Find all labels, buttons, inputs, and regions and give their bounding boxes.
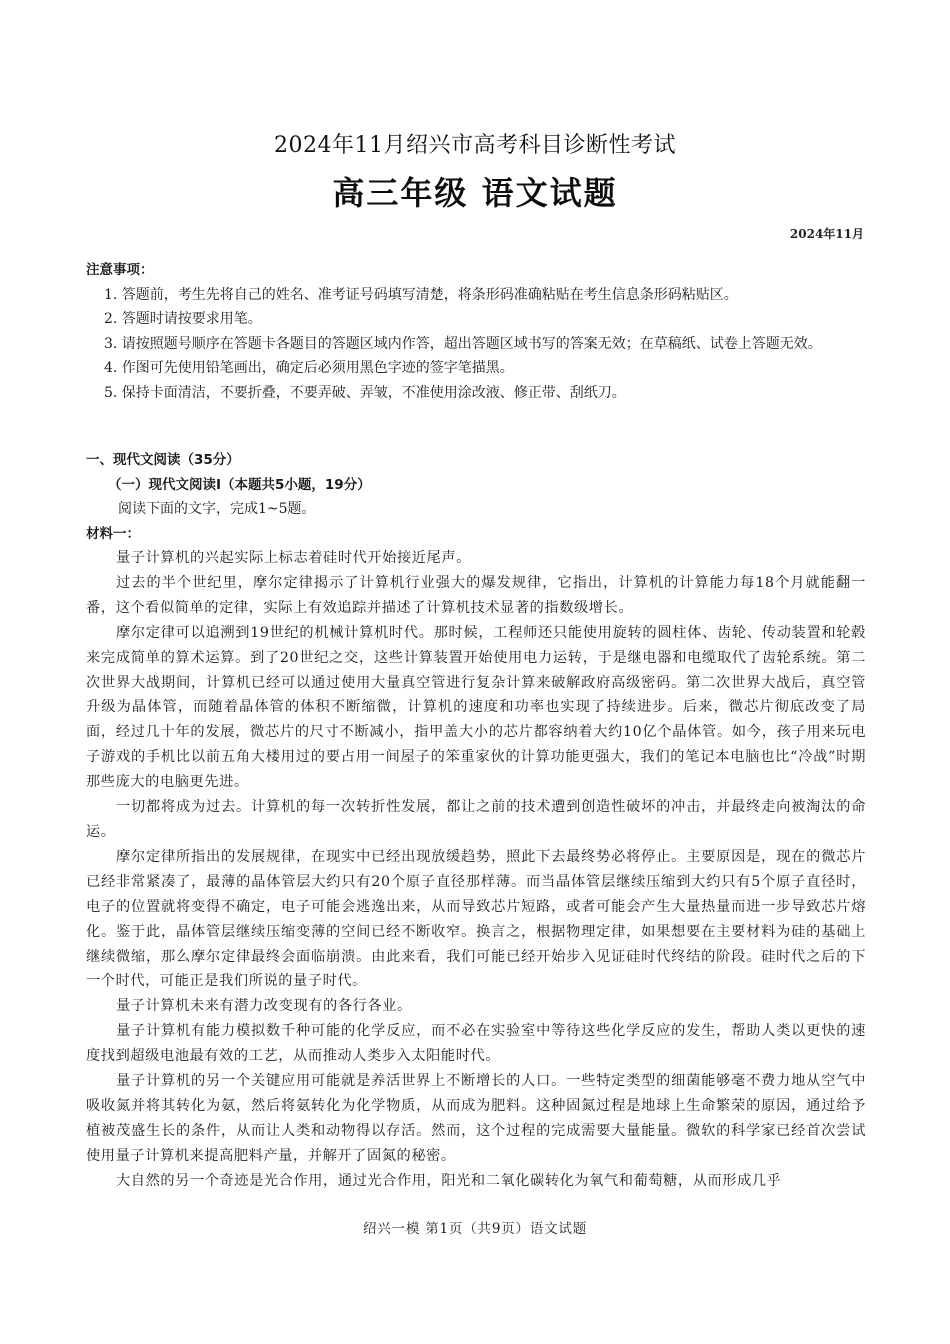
section-instruction: 阅读下面的文字，完成1~5题。 — [86, 497, 866, 522]
note-item: 1. 答题前，考生先将自己的姓名、准考证号码填写清楚，将条形码准确粘贴在考生信息… — [86, 283, 866, 308]
note-item: 5. 保持卡面清洁，不要折叠，不要弄破、弄皱，不准使用涂改液、修正带、刮纸刀。 — [86, 381, 866, 406]
passage-paragraph: 量子计算机的兴起实际上标志着硅时代开始接近尾声。 — [86, 546, 866, 571]
material-label: 材料一： — [86, 522, 866, 547]
note-item: 3. 请按照题号顺序在答题卡各题目的答题区域内作答，超出答题区域书写的答案无效；… — [86, 332, 866, 357]
note-item: 2. 答题时请按要求用笔。 — [86, 307, 866, 332]
section-subheading: （一）现代文阅读Ⅰ（本题共5小题，19分） — [86, 473, 866, 498]
passage-paragraph: 量子计算机有能力模拟数千种可能的化学反应，而不必在实验室中等待这些化学反应的发生… — [86, 1019, 866, 1069]
passage-paragraph: 一切都将成为过去。计算机的每一次转折性发展，都让之前的技术遭到创造性破坏的冲击，… — [86, 795, 866, 845]
passage-paragraph: 量子计算机的另一个关键应用可能就是养活世界上不断增长的人口。一些特定类型的细菌能… — [86, 1069, 866, 1169]
passage-paragraph: 摩尔定律所指出的发展规律，在现实中已经出现放缓趋势，照此下去最终势必将停止。主要… — [86, 845, 866, 994]
reading-passage: 量子计算机的兴起实际上标志着硅时代开始接近尾声。 过去的半个世纪里，摩尔定律揭示… — [86, 546, 866, 1194]
notes-section: 注意事项： 1. 答题前，考生先将自己的姓名、准考证号码填写清楚，将条形码准确粘… — [86, 258, 866, 405]
page-footer: 绍兴一模 第1页（共9页）语文试题 — [0, 1217, 950, 1237]
exam-page: 2024年11月绍兴市高考科目诊断性考试 高三年级 语文试题 2024年11月 … — [0, 0, 950, 1344]
passage-paragraph: 大自然的另一个奇迹是光合作用，通过光合作用，阳光和二氧化碳转化为氧气和葡萄糖，从… — [86, 1169, 866, 1194]
passage-paragraph: 量子计算机未来有潜力改变现有的各行各业。 — [86, 994, 866, 1019]
note-item: 4. 作图可先使用铅笔画出，确定后必须用黑色字迹的签字笔描黑。 — [86, 356, 866, 381]
reading-section-header: 一、现代文阅读（35分） （一）现代文阅读Ⅰ（本题共5小题，19分） 阅读下面的… — [86, 448, 866, 546]
paper-title: 高三年级 语文试题 — [0, 168, 950, 214]
section-heading: 一、现代文阅读（35分） — [86, 448, 866, 473]
exam-date: 2024年11月 — [790, 225, 864, 242]
exam-title: 2024年11月绍兴市高考科目诊断性考试 — [0, 128, 950, 159]
notes-heading: 注意事项： — [86, 258, 866, 283]
passage-paragraph: 过去的半个世纪里，摩尔定律揭示了计算机行业强大的爆发规律，它指出，计算机的计算能… — [86, 571, 866, 621]
passage-paragraph: 摩尔定律可以追溯到19世纪的机械计算机时代。那时候，工程师还只能使用旋转的圆柱体… — [86, 621, 866, 795]
